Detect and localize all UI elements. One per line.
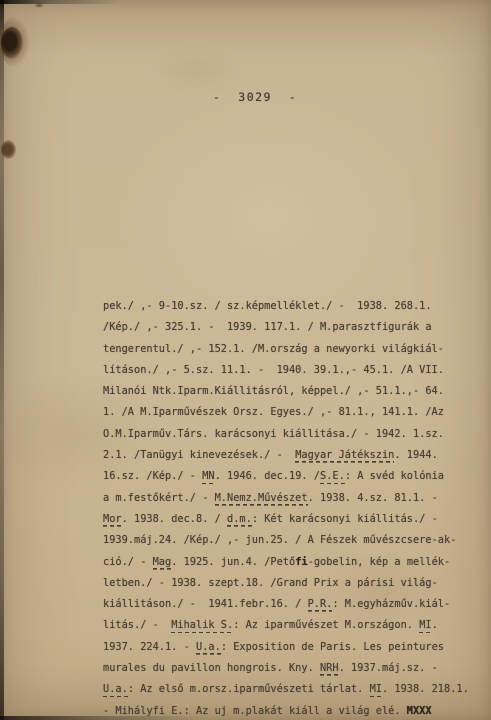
text-segment: . 1938. 218.1.	[382, 683, 469, 695]
text-line: Milanói Ntk.Iparm.Kiállitásról, képpel./…	[103, 381, 483, 402]
text-segment: a m.festőkért./ -	[103, 492, 215, 504]
text-segment: litás./ -	[103, 619, 171, 631]
text-segment: - Mihályfi E.: Az uj m.plakát kiáll a vi…	[103, 705, 407, 717]
text-segment: : Exposition de Paris. Les peintures	[221, 641, 444, 653]
text-line: a m.festőkért./ - M.Nemz.Művészet. 1938.…	[103, 488, 483, 509]
scan-edge-top	[0, 0, 120, 4]
text-line: O.M.Iparműv.Társ. karácsonyi kiállitása.…	[103, 424, 483, 445]
text-segment: Milanói Ntk.Iparm.Kiállitásról, képpel./…	[103, 385, 444, 397]
scan-edge-left	[0, 0, 4, 720]
underlined-text: MI	[419, 619, 431, 633]
text-line: - Mihályfi E.: Az uj m.plakát kiáll a vi…	[103, 701, 483, 720]
text-segment: murales du pavillon hongrois. Kny.	[103, 662, 320, 674]
text-segment: : Az iparművészet M.országon.	[233, 619, 419, 631]
underlined-text: Mihalik S.	[171, 619, 233, 633]
text-line: pek./ ,- 9-10.sz. / sz.képmelléklet./ - …	[103, 296, 483, 317]
page-number: - 3029 -	[213, 90, 297, 104]
text-segment: . 1925. jun.4. /Pető	[171, 556, 295, 568]
text-segment: : A svéd kolónia	[345, 470, 444, 482]
text-line: kiállitáson./ - 1941.febr.16. / P.R.: M.…	[103, 594, 483, 615]
underlined-text: MI	[370, 683, 382, 697]
underlined-text: d.m.	[227, 513, 252, 527]
text-segment: tengerentul./ ,- 152.1. /M.ország a newy…	[103, 343, 444, 355]
underlined-text: U.a.	[196, 641, 221, 655]
underlined-text: S.E.	[320, 470, 345, 484]
text-segment: ció./ -	[103, 556, 153, 568]
ink-stain-top-left	[1, 27, 23, 59]
text-segment: -gobelin, kép a mellék-	[308, 556, 451, 568]
text-segment: 2.1. /Tanügyi kinevezések./ -	[103, 449, 295, 461]
text-segment: . 1938. dec.8. /	[122, 513, 227, 525]
text-line: murales du pavillon hongrois. Kny. NRH. …	[103, 658, 483, 679]
text-line: 1. /A M.Iparművészek Orsz. Egyes./ ,- 81…	[103, 402, 483, 423]
text-segment: 1. /A M.Iparművészek Orsz. Egyes./ ,- 81…	[103, 406, 444, 418]
text-line: /Kép./ ,- 325.1. - 1939. 117.1. / M.para…	[103, 317, 483, 338]
text-segment: .	[432, 619, 438, 631]
text-segment: . 1944.	[394, 449, 437, 461]
text-segment: . 1937.máj.sz. -	[339, 662, 438, 674]
document-page: - 3029 - pek./ ,- 9-10.sz. / sz.képmellé…	[0, 0, 491, 720]
underlined-text: MN	[202, 470, 214, 484]
typewritten-text-block: pek./ ,- 9-10.sz. / sz.képmelléklet./ - …	[103, 296, 483, 720]
bold-text: fi	[295, 556, 307, 568]
underlined-text: Mor	[103, 513, 122, 527]
text-segment: : Két karácsonyi kiállitás./ -	[252, 513, 438, 525]
text-line: letben./ - 1938. szept.18. /Grand Prix a…	[103, 573, 483, 594]
ink-stain-left-edge	[1, 140, 16, 159]
underlined-text: NRH	[320, 662, 339, 676]
text-segment: 1939.máj.24. /Kép./ ,- jun.25. / A Fésze…	[103, 534, 456, 546]
bold-text: MXXX	[407, 705, 432, 717]
text-line: 1937. 224.1. - U.a.: Exposition de Paris…	[103, 637, 483, 658]
text-line: 1939.máj.24. /Kép./ ,- jun.25. / A Fésze…	[103, 530, 483, 551]
text-line: 2.1. /Tanügyi kinevezések./ - Magyar Ját…	[103, 445, 483, 466]
text-segment: : Az első m.orsz.iparművészeti tárlat.	[128, 683, 370, 695]
text-segment: lításon./ ,- 5.sz. 11.1. - 1940. 39.1.,-…	[103, 364, 444, 376]
underlined-text: P.R.	[308, 598, 333, 612]
text-line: 16.sz. /Kép./ - MN. 1946. dec.19. /S.E.:…	[103, 466, 483, 487]
text-line: lításon./ ,- 5.sz. 11.1. - 1940. 39.1.,-…	[103, 360, 483, 381]
text-segment: /Kép./ ,- 325.1. - 1939. 117.1. / M.para…	[103, 321, 432, 333]
text-segment: kiállitáson./ - 1941.febr.16. /	[103, 598, 308, 610]
text-line: ció./ - Mag. 1925. jun.4. /Petőfi-gobeli…	[103, 552, 483, 573]
text-segment: . 1946. dec.19. /	[215, 470, 320, 482]
text-segment: . 1938. 4.sz. 81.1. -	[308, 492, 438, 504]
underlined-text: M.Nemz.Művészet	[215, 492, 308, 506]
text-line: litás./ - Mihalik S.: Az iparművészet M.…	[103, 615, 483, 636]
text-segment: : M.egyházműv.kiál-	[332, 598, 450, 610]
text-segment: O.M.Iparműv.Társ. karácsonyi kiállitása.…	[103, 428, 444, 440]
text-segment: pek./ ,- 9-10.sz. / sz.képmelléklet./ - …	[103, 300, 432, 312]
text-line: tengerentul./ ,- 152.1. /M.ország a newy…	[103, 339, 483, 360]
underlined-text: Mag	[153, 556, 172, 570]
text-segment: 1937. 224.1. -	[103, 641, 196, 653]
text-line: U.a.: Az első m.orsz.iparművészeti tárla…	[103, 679, 483, 700]
underlined-text: Magyar Játékszin	[295, 449, 394, 463]
text-segment: 16.sz. /Kép./ -	[103, 470, 202, 482]
text-segment: letben./ - 1938. szept.18. /Grand Prix a…	[103, 577, 438, 589]
text-line: Mor. 1938. dec.8. / d.m.: Két karácsonyi…	[103, 509, 483, 530]
paper-speck	[34, 3, 44, 8]
underlined-text: U.a.	[103, 683, 128, 697]
